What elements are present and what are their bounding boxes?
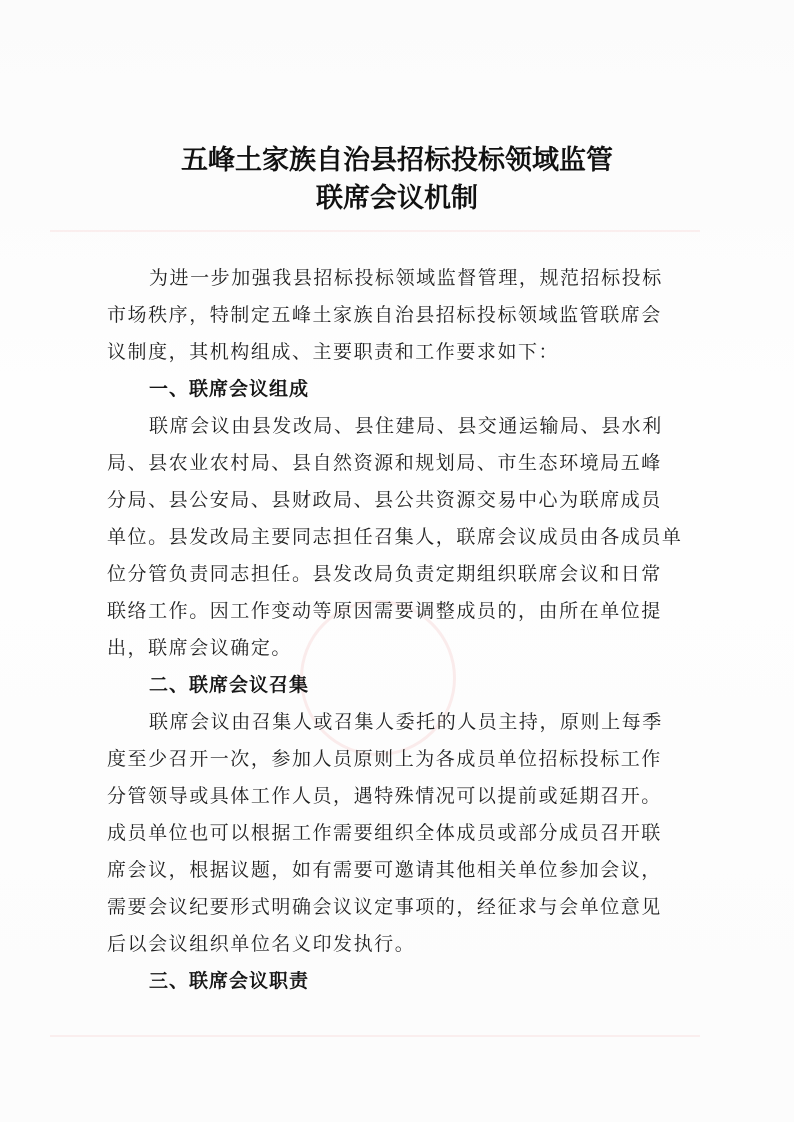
document-page: 五峰土家族自治县招标投标领域监管 联席会议机制 为进一步加强我县招标投标领域监督… xyxy=(0,0,794,1122)
body-line: 后以会议组织单位名义印发执行。 xyxy=(107,932,707,956)
body-line: 位分管负责同志担任。县发改局负责定期组织联席会议和日常 xyxy=(107,562,707,586)
body-line: 需要会议纪要形式明确会议议定事项的，经征求与会单位意见 xyxy=(107,895,707,919)
intro-line: 议制度，其机构组成、主要职责和工作要求如下： xyxy=(107,340,707,364)
body-line: 分局、县公安局、县财政局、县公共资源交易中心为联席成员 xyxy=(107,488,707,512)
intro-line: 市场秩序，特制定五峰土家族自治县招标投标领域监管联席会 xyxy=(107,303,707,327)
document-title-line-1: 五峰土家族自治县招标投标领域监管 xyxy=(0,138,794,177)
body-line: 成员单位也可以根据工作需要组织全体成员或部分成员召开联 xyxy=(107,821,707,845)
body-line: 度至少召开一次，参加人员原则上为各成员单位招标投标工作 xyxy=(107,747,707,771)
body-line: 席会议，根据议题，如有需要可邀请其他相关单位参加会议， xyxy=(107,858,707,882)
body-line: 出，联席会议确定。 xyxy=(107,636,707,660)
body-line: 联席会议由召集人或召集人委托的人员主持，原则上每季 xyxy=(149,710,749,734)
body-line: 联络工作。因工作变动等原因需要调整成员的，由所在单位提 xyxy=(107,599,707,623)
body-line: 局、县农业农村局、县自然资源和规划局、市生态环境局五峰 xyxy=(107,451,707,475)
bleed-through-rule-bottom xyxy=(50,1035,700,1037)
document-title-line-2: 联席会议机制 xyxy=(0,176,794,215)
body-line: 联席会议由县发改局、县住建局、县交通运输局、县水利 xyxy=(149,414,749,438)
bleed-through-rule xyxy=(50,230,700,232)
section-heading: 二、联席会议召集 xyxy=(149,673,749,697)
section-heading: 一、联席会议组成 xyxy=(149,377,749,401)
intro-line: 为进一步加强我县招标投标领域监督管理，规范招标投标 xyxy=(149,266,749,290)
body-line: 单位。县发改局主要同志担任召集人，联席会议成员由各成员单 xyxy=(107,525,707,549)
section-heading: 三、联席会议职责 xyxy=(149,969,749,993)
body-line: 分管领导或具体工作人员，遇特殊情况可以提前或延期召开。 xyxy=(107,784,707,808)
